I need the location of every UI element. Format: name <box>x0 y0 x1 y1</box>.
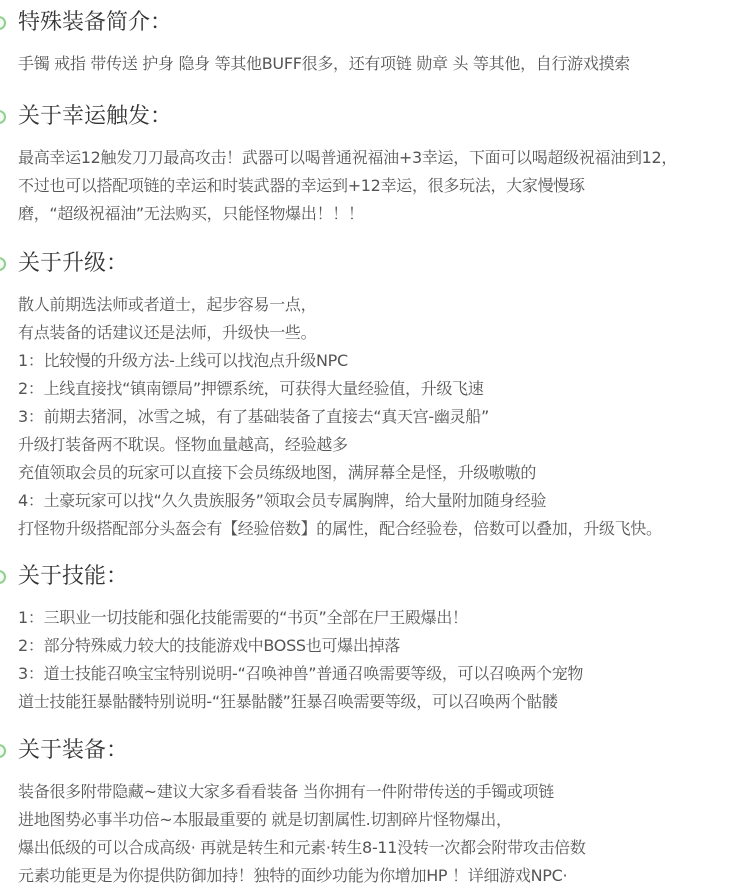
bullet-circle-icon <box>0 110 6 124</box>
paragraph-line: 最高幸运12触发刀刀最高攻击！武器可以喝普通祝福油+3幸运，下面可以喝超级祝福油… <box>18 144 750 172</box>
section-body: 手镯 戒指 带传送 护身 隐身 等其他BUFF很多，还有项链 勋章 头 等其他，… <box>0 50 750 78</box>
section-title: 关于装备： <box>18 738 128 763</box>
bullet-circle-icon <box>0 570 6 584</box>
section-title: 关于技能： <box>18 564 128 589</box>
paragraph-line: 不过也可以搭配项链的幸运和时装武器的幸运到+12幸运，很多玩法，大家慢慢琢 <box>18 172 750 200</box>
section-heading: 特殊装备简介： <box>0 7 750 39</box>
section-title: 关于幸运触发： <box>18 104 172 129</box>
paragraph-line: 散人前期选法师或者道士，起步容易一点， <box>18 291 750 319</box>
section-body: 1：三职业一切技能和强化技能需要的“书页”全部在尸王殿爆出！ 2：部分特殊威力较… <box>0 604 750 716</box>
section-title: 特殊装备简介： <box>18 10 172 35</box>
paragraph-line: 升级打装备两不耽误。怪物血量越高，经验越多 <box>18 431 750 459</box>
paragraph-line: 装备很多附带隐藏~建议大家多看看装备 当你拥有一件附带传送的手镯或项链 <box>18 778 750 806</box>
paragraph-line: 2：上线直接找“镇南镖局”押镖系统，可获得大量经验值，升级飞速 <box>18 375 750 403</box>
section-special-equipment: 特殊装备简介： 手镯 戒指 带传送 护身 隐身 等其他BUFF很多，还有项链 勋… <box>0 7 750 78</box>
paragraph-line: 充值领取会员的玩家可以直接下会员练级地图，满屏幕全是怪，升级嗷嗷的 <box>18 459 750 487</box>
section-body: 最高幸运12触发刀刀最高攻击！武器可以喝普通祝福油+3幸运，下面可以喝超级祝福油… <box>0 144 750 228</box>
paragraph-line: 4：土豪玩家可以找“久久贵族服务”领取会员专属胸牌，给大量附加随身经验 <box>18 487 750 515</box>
paragraph-line: 手镯 戒指 带传送 护身 隐身 等其他BUFF很多，还有项链 勋章 头 等其他，… <box>18 50 750 78</box>
paragraph-line: 3：道士技能召唤宝宝特别说明-“召唤神兽”普通召唤需要等级，可以召唤两个宠物 <box>18 660 750 688</box>
paragraph-line: 有点装备的话建议还是法师，升级快一些。 <box>18 319 750 347</box>
section-heading: 关于升级： <box>0 248 750 280</box>
section-skills: 关于技能： 1：三职业一切技能和强化技能需要的“书页”全部在尸王殿爆出！ 2：部… <box>0 561 750 716</box>
paragraph-line: 进地图势必事半功倍~本服最重要的 就是切割属性.切割碎片怪物爆出， <box>18 806 750 834</box>
section-luck-trigger: 关于幸运触发： 最高幸运12触发刀刀最高攻击！武器可以喝普通祝福油+3幸运，下面… <box>0 101 750 228</box>
bullet-circle-icon <box>0 257 6 271</box>
section-heading: 关于幸运触发： <box>0 101 750 133</box>
bullet-circle-icon <box>0 16 6 30</box>
section-title: 关于升级： <box>18 251 128 276</box>
paragraph-line: 磨，“超级祝福油”无法购买，只能怪物爆出！！！ <box>18 200 750 228</box>
paragraph-line: 爆出低级的可以合成高级· 再就是转生和元素·转生8-11没转一次都会附带攻击倍数 <box>18 834 750 862</box>
paragraph-line: 打怪物升级搭配部分头盔会有【经验倍数】的属性，配合经验卷，倍数可以叠加，升级飞快… <box>18 515 750 543</box>
section-body: 散人前期选法师或者道士，起步容易一点， 有点装备的话建议还是法师，升级快一些。 … <box>0 291 750 543</box>
section-heading: 关于装备： <box>0 735 750 767</box>
section-body: 装备很多附带隐藏~建议大家多看看装备 当你拥有一件附带传送的手镯或项链 进地图势… <box>0 778 750 890</box>
paragraph-line: 1：三职业一切技能和强化技能需要的“书页”全部在尸王殿爆出！ <box>18 604 750 632</box>
paragraph-line: 2：部分特殊威力较大的技能游戏中BOSS也可爆出掉落 <box>18 632 750 660</box>
section-leveling: 关于升级： 散人前期选法师或者道士，起步容易一点， 有点装备的话建议还是法师，升… <box>0 248 750 543</box>
bullet-circle-icon <box>0 744 6 758</box>
paragraph-line: 道士技能狂暴骷髅特别说明-“狂暴骷髅”狂暴召唤需要等级，可以召唤两个骷髅 <box>18 688 750 716</box>
paragraph-line: 1：比较慢的升级方法-上线可以找泡点升级NPC <box>18 347 750 375</box>
section-equipment: 关于装备： 装备很多附带隐藏~建议大家多看看装备 当你拥有一件附带传送的手镯或项… <box>0 735 750 890</box>
section-heading: 关于技能： <box>0 561 750 593</box>
paragraph-line: 元素功能更是为你提供防御加持！独特的面纱功能为你增加HP ！详细游戏NPC· <box>18 862 750 890</box>
paragraph-line: 3：前期去猪洞，冰雪之城，有了基础装备了直接去“真天宫-幽灵船” <box>18 403 750 431</box>
